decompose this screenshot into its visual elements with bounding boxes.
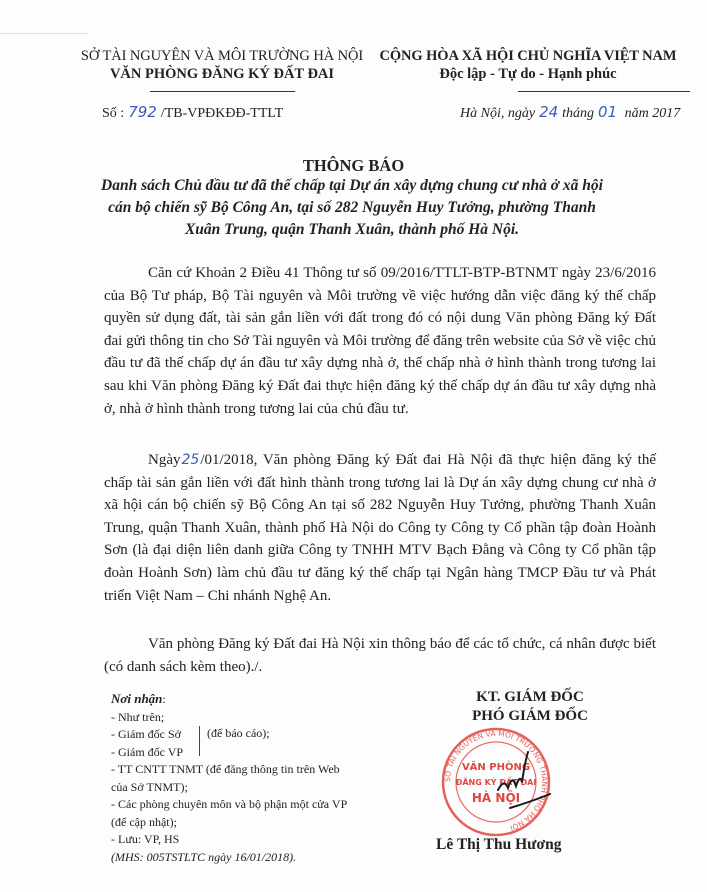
body-paragraph-3: Văn phòng Đăng ký Đất đai Hà Nội xin thô… bbox=[104, 633, 656, 678]
recipient-item: - Giám đốc VP bbox=[111, 744, 351, 762]
signature-title-2: PHÓ GIÁM ĐỐC bbox=[420, 708, 640, 725]
document-date: Hà Nội, ngày24tháng01 năm 2017 bbox=[460, 103, 680, 122]
recipient-item: - Lưu: VP, HS bbox=[111, 831, 351, 849]
file-reference-note: (MHS: 005TSTLTC ngày 16/01/2018). bbox=[111, 849, 351, 867]
date-place: Hà Nội, ngày bbox=[460, 106, 535, 121]
paragraph-2-text: /01/2018, Văn phòng Đăng ký Đất đai Hà N… bbox=[104, 452, 656, 604]
document-number: Số :792/TB-VPĐKĐĐ-TTLT bbox=[102, 103, 283, 122]
handwritten-number: 792 bbox=[124, 103, 161, 121]
paragraph-2-prefix: Ngày bbox=[148, 452, 181, 468]
stamp-line: ĐĂNG KÝ ĐẤT ĐAI bbox=[456, 775, 537, 787]
year-label: năm 2017 bbox=[625, 106, 681, 121]
recipient-item: - TT CNTT TNMT (để đăng thông tin trên W… bbox=[111, 761, 351, 796]
official-stamp-icon: SỞ TÀI NGUYÊN VÀ MÔI TRƯỜNG THÀNH PHỐ HÀ… bbox=[440, 726, 552, 838]
recipients-label: Nơi nhận bbox=[111, 691, 162, 706]
national-motto-header: CỘNG HÒA XÃ HỘI CHỦ NGHĨA VIỆT NAM Độc l… bbox=[368, 48, 688, 92]
issuing-agency-header: SỞ TÀI NGUYÊN VÀ MÔI TRƯỜNG HÀ NỘI VĂN P… bbox=[62, 48, 382, 92]
signature-title-1: KT. GIÁM ĐỐC bbox=[420, 689, 640, 706]
body-paragraph-1: Căn cứ Khoản 2 Điều 41 Thông tư số 09/20… bbox=[104, 262, 656, 420]
grouping-bracket bbox=[199, 726, 200, 756]
handwritten-day: 24 bbox=[535, 103, 562, 121]
recipient-item: - Như trên; bbox=[111, 709, 351, 727]
scan-edge-line bbox=[0, 33, 88, 34]
body-paragraph-2: Ngày25/01/2018, Văn phòng Đăng ký Đất đa… bbox=[104, 449, 656, 607]
motto-underline bbox=[518, 91, 690, 92]
document-page: SỞ TÀI NGUYÊN VÀ MÔI TRƯỜNG HÀ NỘI VĂN P… bbox=[0, 0, 707, 892]
stamp-line: HÀ NỘI bbox=[472, 790, 520, 805]
grouped-note: (để báo cáo); bbox=[207, 725, 270, 743]
document-title: THÔNG BÁO bbox=[0, 156, 707, 176]
doc-number-suffix: /TB-VPĐKĐĐ-TTLT bbox=[161, 106, 283, 121]
country-name: CỘNG HÒA XÃ HỘI CHỦ NGHĨA VIỆT NAM bbox=[368, 48, 688, 65]
issuing-office: VĂN PHÒNG ĐĂNG KÝ ĐẤT ĐAI bbox=[62, 65, 382, 83]
recipient-item: - Các phòng chuyên môn và bộ phận một cử… bbox=[111, 796, 351, 831]
paragraph-3-text: Văn phòng Đăng ký Đất đai Hà Nội xin thô… bbox=[104, 636, 656, 675]
paragraph-1-text: Căn cứ Khoản 2 Điều 41 Thông tư số 09/20… bbox=[104, 265, 656, 417]
stamp-line: VĂN PHÒNG bbox=[462, 760, 530, 773]
signer-name: Lê Thị Thu Hương bbox=[436, 836, 561, 854]
handwritten-month: 01 bbox=[594, 103, 621, 121]
handwritten-registration-day: 25 bbox=[181, 452, 201, 468]
doc-number-prefix: Số : bbox=[102, 106, 124, 121]
signature-block: KT. GIÁM ĐỐC PHÓ GIÁM ĐỐC bbox=[420, 689, 640, 725]
national-motto: Độc lập - Tự do - Hạnh phúc bbox=[368, 65, 688, 83]
header-underline bbox=[150, 91, 295, 92]
document-subtitle: Danh sách Chủ đầu tư đã thế chấp tại Dự … bbox=[92, 175, 612, 241]
recipients-block: Nơi nhận: - Như trên; - Giám đốc Sở - Gi… bbox=[111, 690, 351, 866]
month-label: tháng bbox=[562, 106, 594, 121]
parent-agency: SỞ TÀI NGUYÊN VÀ MÔI TRƯỜNG HÀ NỘI bbox=[62, 48, 382, 65]
